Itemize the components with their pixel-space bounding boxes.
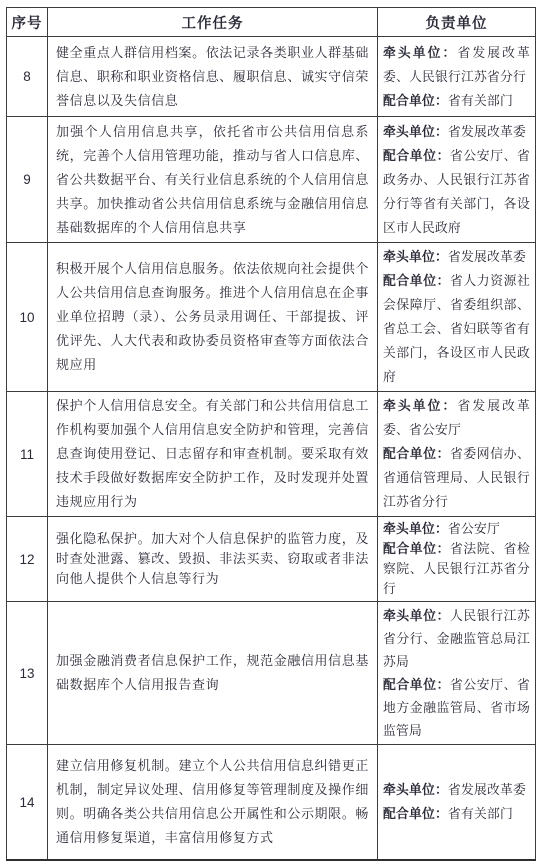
header-unit: 负责单位 xyxy=(378,8,536,37)
task-cell: 保护个人信用信息安全。有关部门和公共信用信息工作机构要加强个人信用信息安全防护和… xyxy=(48,392,378,517)
lead-unit-line: 牵头单位：省发展改革委 xyxy=(383,120,530,144)
lead-unit-line: 牵头单位：省发展改革委 xyxy=(383,778,530,802)
support-unit-line: 配合单位：省人力资源社会保障厅、省委组织部、省总工会、省妇联等省有关部门，各设区… xyxy=(383,269,530,389)
unit-cell: 牵头单位：省发展改革委 配合单位：省有关部门 xyxy=(378,745,536,861)
lead-unit-value: 省公安厅 xyxy=(448,521,500,536)
unit-cell: 牵头单位：省发展改革委、人民银行江苏省分行 配合单位：省有关部门 xyxy=(378,37,536,117)
table-row: 12 强化隐私保护。加大对个人信息保护的监管力度，及时查处泄露、篡改、毁损、非法… xyxy=(7,517,536,602)
lead-unit-line: 牵头单位：省发展改革委、人民银行江苏省分行 xyxy=(383,41,530,89)
unit-cell: 牵头单位：省公安厅 配合单位：省法院、省检察院、人民银行江苏省分行 xyxy=(378,517,536,602)
task-assignment-table: 序号 工作任务 负责单位 8 健全重点人群信用档案。依法记录各类职业人群基础信息… xyxy=(6,7,536,861)
row-number: 9 xyxy=(7,117,48,243)
support-unit-line: 配合单位：省公安厅、省地方金融监管局、省市场监管局 xyxy=(383,673,530,742)
lead-unit-label: 牵头单位： xyxy=(383,398,457,413)
unit-cell: 牵头单位：省发展改革委 配合单位：省人力资源社会保障厅、省委组织部、省总工会、省… xyxy=(378,243,536,392)
lead-unit-value: 省发展改革委 xyxy=(448,249,526,264)
support-unit-line: 配合单位：省公安厅、省政务办、人民银行江苏省分行等省有关部门，各设区市人民政府 xyxy=(383,144,530,240)
lead-unit-line: 牵头单位：省发展改革委 xyxy=(383,245,530,269)
lead-unit-value: 省发展改革委 xyxy=(448,124,526,139)
task-cell: 健全重点人群信用档案。依法记录各类职业人群基础信息、职称和职业资格信息、履职信息… xyxy=(48,37,378,117)
support-unit-value: 省有关部门 xyxy=(448,806,513,821)
unit-cell: 牵头单位：省发展改革委 配合单位：省公安厅、省政务办、人民银行江苏省分行等省有关… xyxy=(378,117,536,243)
support-unit-line: 配合单位：省有关部门 xyxy=(383,802,530,826)
task-cell: 积极开展个人信用信息服务。依法依规向社会提供个人公共信用信息查询服务。推进个人信… xyxy=(48,243,378,392)
lead-unit-line: 牵头单位：人民银行江苏省分行、金融监管总局江苏局 xyxy=(383,604,530,673)
table-row: 13 加强金融消费者信息保护工作，规范金融信用信息基础数据库个人信用报告查询 牵… xyxy=(7,602,536,745)
unit-cell: 牵头单位：省发展改革委、省公安厅 配合单位：省委网信办、省通信管理局、人民银行江… xyxy=(378,392,536,517)
row-number: 14 xyxy=(7,745,48,861)
unit-cell: 牵头单位：人民银行江苏省分行、金融监管总局江苏局 配合单位：省公安厅、省地方金融… xyxy=(378,602,536,745)
support-unit-label: 配合单位： xyxy=(383,677,450,692)
table-row: 8 健全重点人群信用档案。依法记录各类职业人群基础信息、职称和职业资格信息、履职… xyxy=(7,37,536,117)
support-unit-line: 配合单位：省有关部门 xyxy=(383,89,530,113)
support-unit-line: 配合单位：省委网信办、省通信管理局、人民银行江苏省分行 xyxy=(383,442,530,514)
lead-unit-line: 牵头单位：省发展改革委、省公安厅 xyxy=(383,394,530,442)
task-cell: 建立信用修复机制。建立个人公共信用信息纠错更正机制，制定异议处理、信用修复等管理… xyxy=(48,745,378,861)
table-row: 9 加强个人信用信息共享，依托省市公共信用信息系统，完善个人信用管理功能，推动与… xyxy=(7,117,536,243)
support-unit-label: 配合单位： xyxy=(383,446,450,461)
lead-unit-label: 牵头单位： xyxy=(383,608,450,623)
table-header-row: 序号 工作任务 负责单位 xyxy=(7,8,536,37)
header-task: 工作任务 xyxy=(48,8,378,37)
table-row: 14 建立信用修复机制。建立个人公共信用信息纠错更正机制，制定异议处理、信用修复… xyxy=(7,745,536,861)
support-unit-label: 配合单位： xyxy=(383,273,450,288)
document-page: 序号 工作任务 负责单位 8 健全重点人群信用档案。依法记录各类职业人群基础信息… xyxy=(0,0,542,864)
support-unit-value: 省人力资源社会保障厅、省委组织部、省总工会、省妇联等省有关部门，各设区市人民政府 xyxy=(383,273,530,384)
support-unit-label: 配合单位： xyxy=(383,806,448,821)
row-number: 12 xyxy=(7,517,48,602)
lead-unit-label: 牵头单位： xyxy=(383,521,448,536)
lead-unit-label: 牵头单位： xyxy=(383,249,448,264)
support-unit-line: 配合单位：省法院、省检察院、人民银行江苏省分行 xyxy=(383,539,530,599)
row-number: 10 xyxy=(7,243,48,392)
row-number: 13 xyxy=(7,602,48,745)
support-unit-value: 省有关部门 xyxy=(448,93,513,108)
support-unit-label: 配合单位： xyxy=(383,541,450,556)
row-number: 8 xyxy=(7,37,48,117)
task-cell: 强化隐私保护。加大对个人信息保护的监管力度，及时查处泄露、篡改、毁损、非法买卖、… xyxy=(48,517,378,602)
support-unit-label: 配合单位： xyxy=(383,93,448,108)
row-number: 11 xyxy=(7,392,48,517)
lead-unit-line: 牵头单位：省公安厅 xyxy=(383,519,530,539)
lead-unit-label: 牵头单位： xyxy=(383,782,448,797)
lead-unit-label: 牵头单位： xyxy=(383,124,448,139)
table-row: 10 积极开展个人信用信息服务。依法依规向社会提供个人公共信用信息查询服务。推进… xyxy=(7,243,536,392)
lead-unit-value: 省发展改革委 xyxy=(448,782,526,797)
support-unit-label: 配合单位： xyxy=(383,148,450,163)
lead-unit-label: 牵头单位： xyxy=(383,45,457,60)
task-cell: 加强个人信用信息共享，依托省市公共信用信息系统，完善个人信用管理功能，推动与省人… xyxy=(48,117,378,243)
task-cell: 加强金融消费者信息保护工作，规范金融信用信息基础数据库个人信用报告查询 xyxy=(48,602,378,745)
table-row: 11 保护个人信用信息安全。有关部门和公共信用信息工作机构要加强个人信用信息安全… xyxy=(7,392,536,517)
header-number: 序号 xyxy=(7,8,48,37)
